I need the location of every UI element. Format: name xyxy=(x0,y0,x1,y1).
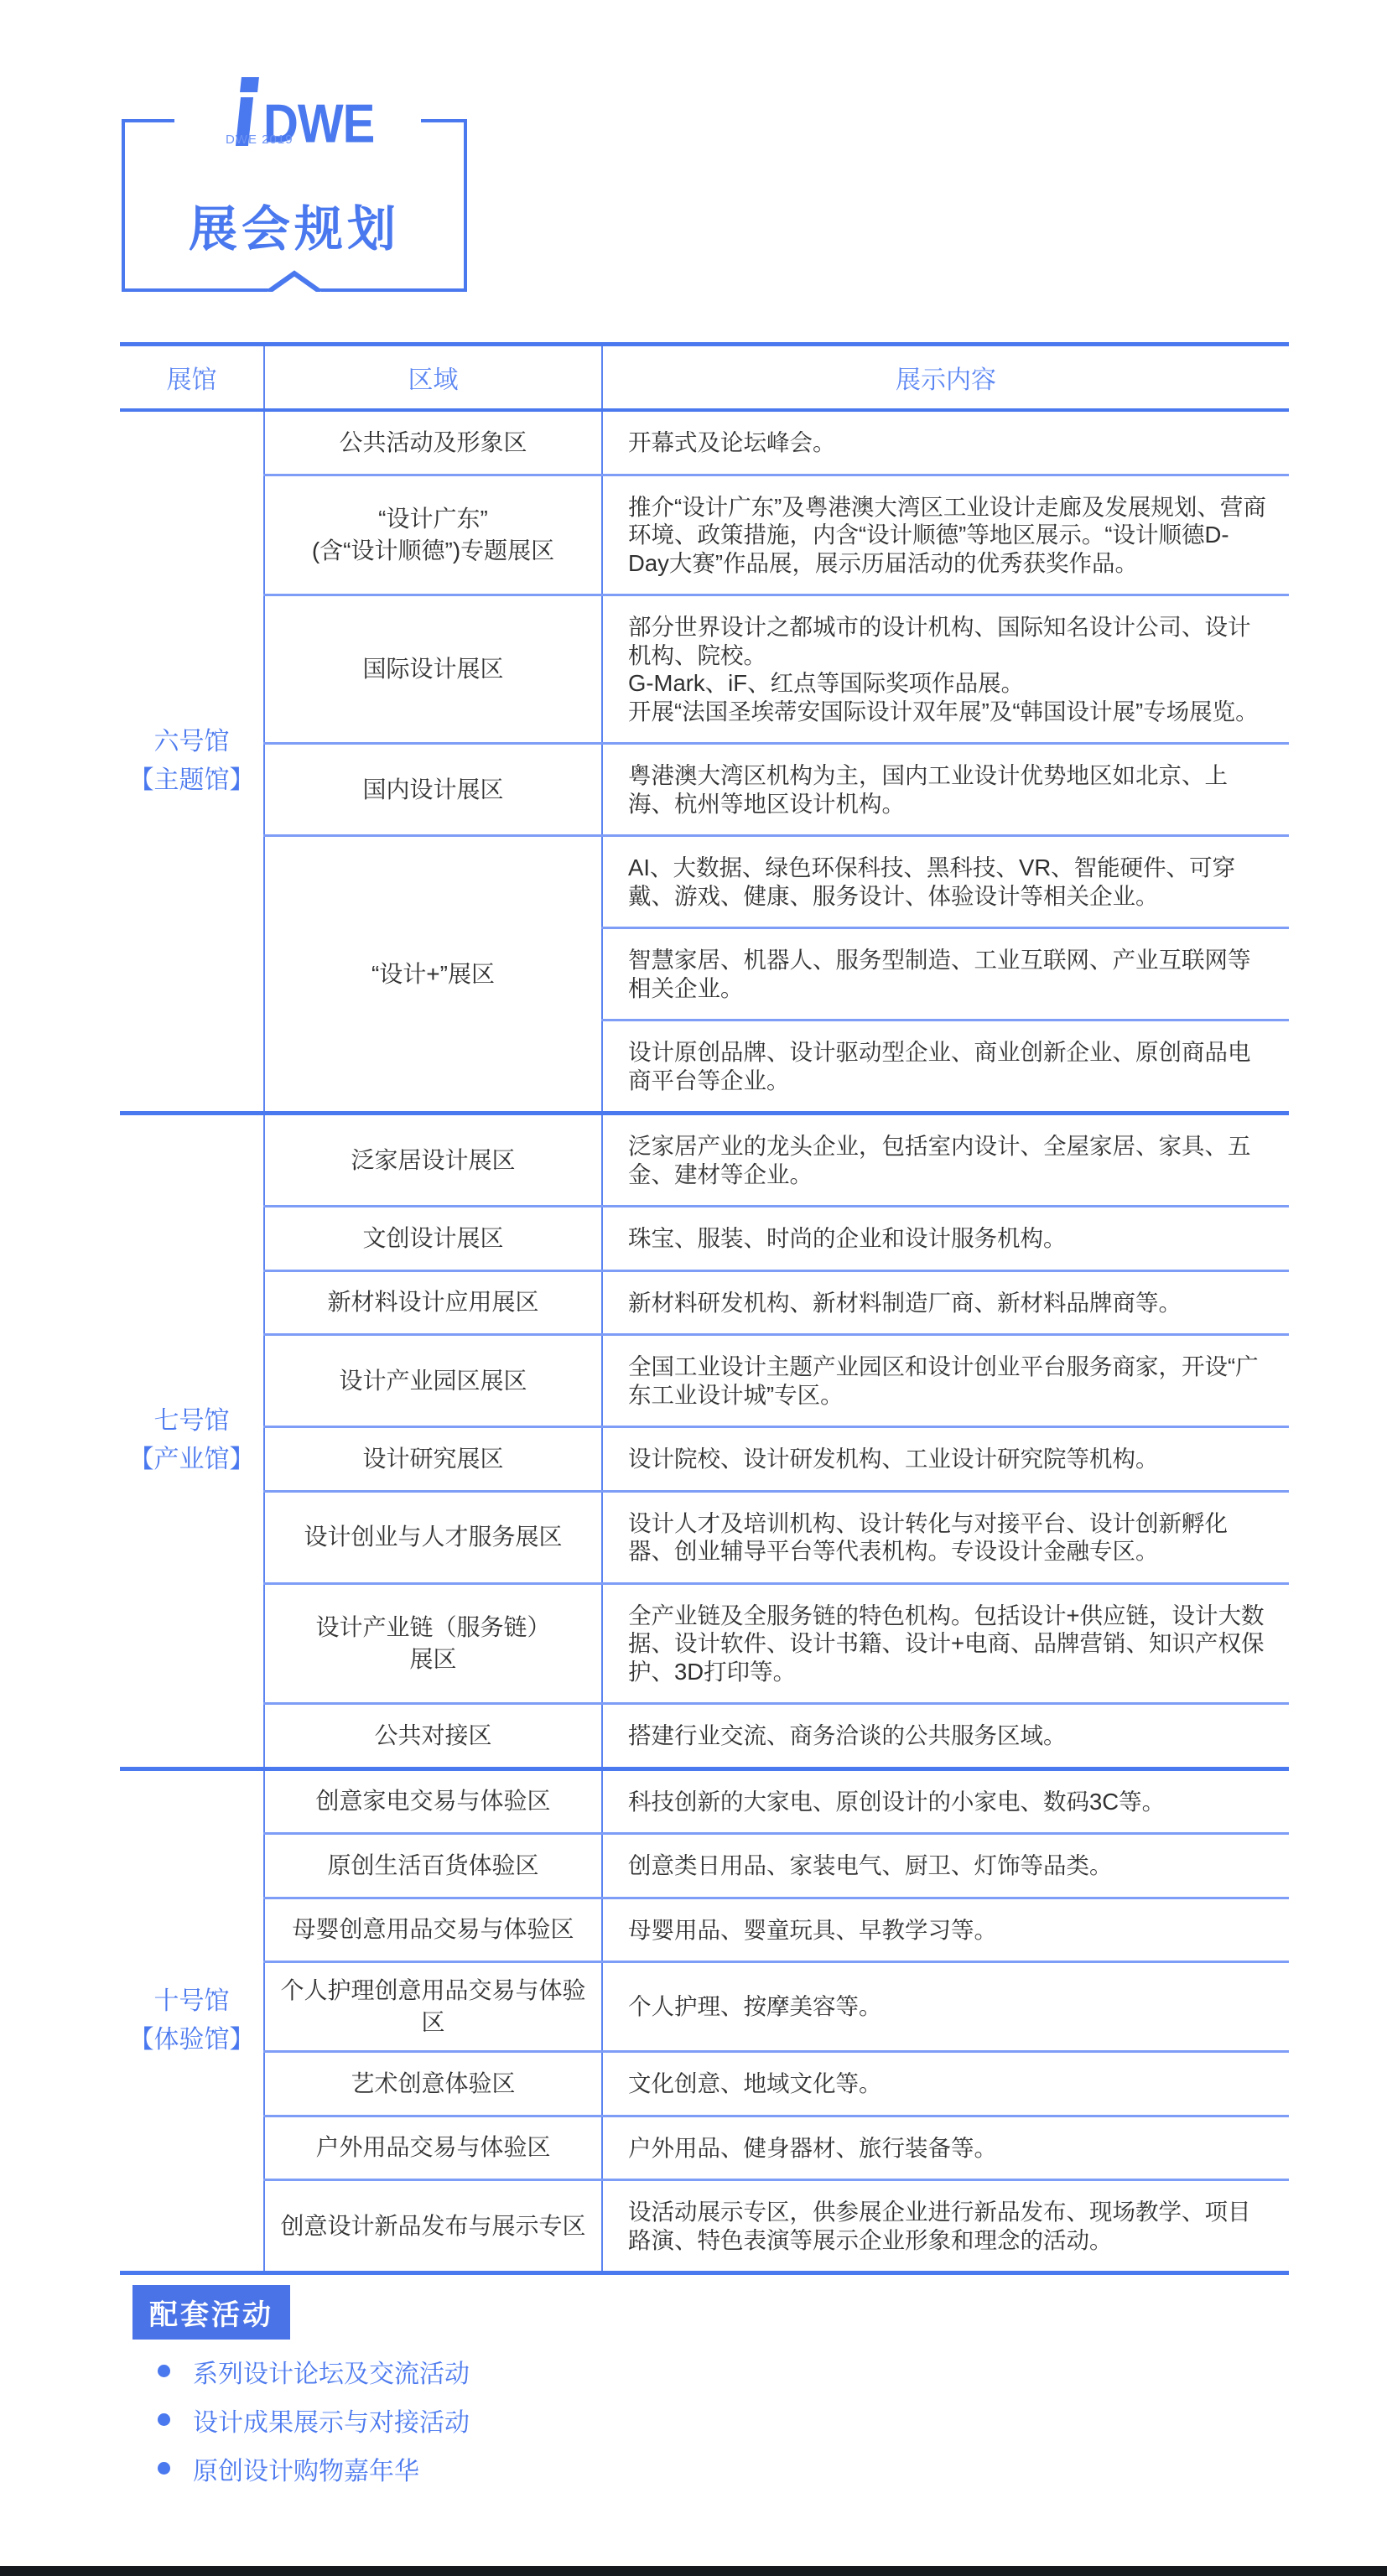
hall-name: 十号馆 xyxy=(121,1982,262,2021)
table-row: 新材料设计应用展区 新材料研发机构、新材料制造厂商、新材料品牌商等。 xyxy=(120,1270,1289,1335)
table-row: 六号馆 【主题馆】 公共活动及形象区 开幕式及论坛峰会。 xyxy=(120,410,1289,475)
content-cell: 智慧家居、机器人、服务型制造、工业互联网、产业互联网等相关企业。 xyxy=(602,928,1289,1021)
box-notch-icon xyxy=(268,270,321,292)
table-row: 设计产业链（服务链） 展区 全产业链及全服务链的特色机构。包括设计+供应链，设计… xyxy=(120,1583,1289,1704)
area-cell: 新材料设计应用展区 xyxy=(264,1270,602,1335)
list-item: 原创设计购物嘉年华 xyxy=(158,2455,470,2481)
content-cell: 开幕式及论坛峰会。 xyxy=(602,410,1289,475)
hall-tag: 【主题馆】 xyxy=(121,761,262,800)
table-row: 公共对接区 搭建行业交流、商务洽谈的公共服务区域。 xyxy=(120,1704,1289,1769)
area-cell: 公共对接区 xyxy=(264,1704,602,1769)
supporting-activities-list: 系列设计论坛及交流活动 设计成果展示与对接活动 原创设计购物嘉年华 xyxy=(158,2358,470,2504)
table-row: 文创设计展区 珠宝、服装、时尚的企业和设计服务机构。 xyxy=(120,1207,1289,1271)
list-item: 设计成果展示与对接活动 xyxy=(158,2407,470,2433)
table-row: 设计研究展区 设计院校、设计研发机构、工业设计研究院等机构。 xyxy=(120,1427,1289,1492)
hall-name: 六号馆 xyxy=(121,723,262,761)
content-cell: 全国工业设计主题产业园区和设计创业平台服务商家，开设“广东工业设计城”专区。 xyxy=(602,1335,1289,1427)
column-header-content: 展示内容 xyxy=(602,345,1289,411)
content-cell: AI、大数据、绿色环保科技、黑科技、VR、智能硬件、可穿戴、游戏、健康、服务设计… xyxy=(602,836,1289,928)
table-row: 设计创业与人才服务展区 设计人才及培训机构、设计转化与对接平台、设计创新孵化器、… xyxy=(120,1491,1289,1583)
content-cell: 设计原创品牌、设计驱动型企业、商业创新企业、原创商品电商平台等企业。 xyxy=(602,1021,1289,1114)
hall-name: 七号馆 xyxy=(121,1402,262,1441)
area-cell: “设计+”展区 xyxy=(264,836,602,1114)
column-header-hall: 展馆 xyxy=(120,345,264,411)
area-cell: 国内设计展区 xyxy=(264,744,602,836)
content-cell: 创意类日用品、家装电气、厨卫、灯饰等品类。 xyxy=(602,1834,1289,1898)
table-row: 七号馆 【产业馆】 泛家居设计展区 泛家居产业的龙头企业，包括室内设计、全屋家居… xyxy=(120,1114,1289,1207)
content-cell: 粤港澳大湾区机构为主，国内工业设计优势地区如北京、上海、杭州等地区设计机构。 xyxy=(602,744,1289,836)
area-cell: 原创生活百货体验区 xyxy=(264,1834,602,1898)
content-cell: 珠宝、服装、时尚的企业和设计服务机构。 xyxy=(602,1207,1289,1271)
area-cell: 艺术创意体验区 xyxy=(264,2052,602,2116)
area-cell: 母婴创意用品交易与体验区 xyxy=(264,1898,602,1962)
table-row: 户外用品交易与体验区 户外用品、健身器材、旅行装备等。 xyxy=(120,2116,1289,2180)
area-cell: 设计产业链（服务链） 展区 xyxy=(264,1583,602,1704)
table-header-row: 展馆 区域 展示内容 xyxy=(120,345,1289,411)
table-row: 母婴创意用品交易与体验区 母婴用品、婴童玩具、早教学习等。 xyxy=(120,1898,1289,1962)
activity-label: 原创设计购物嘉年华 xyxy=(193,2450,419,2487)
area-cell: 户外用品交易与体验区 xyxy=(264,2116,602,2180)
content-cell: 个人护理、按摩美容等。 xyxy=(602,1962,1289,2052)
table-row: 设计产业园区展区 全国工业设计主题产业园区和设计创业平台服务商家，开设“广东工业… xyxy=(120,1335,1289,1427)
activity-label: 系列设计论坛及交流活动 xyxy=(193,2353,470,2390)
list-item: 系列设计论坛及交流活动 xyxy=(158,2358,470,2384)
table-row: 国内设计展区 粤港澳大湾区机构为主，国内工业设计优势地区如北京、上海、杭州等地区… xyxy=(120,744,1289,836)
logo-subtext: DWE 2019 xyxy=(226,132,294,147)
area-cell: 文创设计展区 xyxy=(264,1207,602,1271)
table-row: 个人护理创意用品交易与体验区 个人护理、按摩美容等。 xyxy=(120,1962,1289,2052)
content-cell: 设计院校、设计研发机构、工业设计研究院等机构。 xyxy=(602,1427,1289,1492)
column-header-area: 区域 xyxy=(264,345,602,411)
hall-tag: 【体验馆】 xyxy=(121,2021,262,2059)
hall-cell: 六号馆 【主题馆】 xyxy=(120,410,264,1114)
brand-logo-mark: DWE DWE 2019 xyxy=(213,70,397,156)
bullet-dot-icon xyxy=(158,2462,170,2475)
hall-cell: 七号馆 【产业馆】 xyxy=(120,1114,264,1769)
hall-tag: 【产业馆】 xyxy=(121,1441,262,1479)
footer-bar xyxy=(0,2566,1387,2576)
bullet-dot-icon xyxy=(158,2365,170,2377)
supporting-activities-badge: 配套活动 xyxy=(132,2285,290,2340)
area-cell: “设计广东” (含“设计顺德”)专题展区 xyxy=(264,475,602,595)
table-row: “设计+”展区 AI、大数据、绿色环保科技、黑科技、VR、智能硬件、可穿戴、游戏… xyxy=(120,836,1289,928)
content-cell: 科技创新的大家电、原创设计的小家电、数码3C等。 xyxy=(602,1768,1289,1834)
area-cell: 设计产业园区展区 xyxy=(264,1335,602,1427)
brand-logo: DWE DWE 2019 xyxy=(174,70,421,156)
area-cell: 设计创业与人才服务展区 xyxy=(264,1491,602,1583)
content-cell: 户外用品、健身器材、旅行装备等。 xyxy=(602,2116,1289,2180)
content-cell: 搭建行业交流、商务洽谈的公共服务区域。 xyxy=(602,1704,1289,1769)
table-row: 创意设计新品发布与展示专区 设活动展示专区，供参展企业进行新品发布、现场教学、项… xyxy=(120,2180,1289,2273)
area-cell: 创意设计新品发布与展示专区 xyxy=(264,2180,602,2273)
table-row: 十号馆 【体验馆】 创意家电交易与体验区 科技创新的大家电、原创设计的小家电、数… xyxy=(120,1768,1289,1834)
content-cell: 设活动展示专区，供参展企业进行新品发布、现场教学、项目路演、特色表演等展示企业形… xyxy=(602,2180,1289,2273)
area-cell: 个人护理创意用品交易与体验区 xyxy=(264,1962,602,2052)
page-title: 展会规划 xyxy=(125,190,464,260)
content-cell: 全产业链及全服务链的特色机构。包括设计+供应链，设计大数据、设计软件、设计书籍、… xyxy=(602,1583,1289,1704)
content-cell: 泛家居产业的龙头企业，包括室内设计、全屋家居、家具、五金、建材等企业。 xyxy=(602,1114,1289,1207)
table-row: 原创生活百货体验区 创意类日用品、家装电气、厨卫、灯饰等品类。 xyxy=(120,1834,1289,1898)
content-cell: 母婴用品、婴童玩具、早教学习等。 xyxy=(602,1898,1289,1962)
content-cell: 新材料研发机构、新材料制造厂商、新材料品牌商等。 xyxy=(602,1270,1289,1335)
content-cell: 文化创意、地域文化等。 xyxy=(602,2052,1289,2116)
logo-dot-icon xyxy=(240,77,259,92)
table-row: “设计广东” (含“设计顺德”)专题展区 推介“设计广东”及粤港澳大湾区工业设计… xyxy=(120,475,1289,595)
exhibition-table: 展馆 区域 展示内容 六号馆 【主题馆】 公共活动及形象区 开幕式及论坛峰会。 … xyxy=(120,342,1289,2275)
area-cell: 设计研究展区 xyxy=(264,1427,602,1492)
content-cell: 部分世界设计之都城市的设计机构、国际知名设计公司、设计机构、院校。 G-Mark… xyxy=(602,595,1289,744)
area-cell: 泛家居设计展区 xyxy=(264,1114,602,1207)
area-cell: 公共活动及形象区 xyxy=(264,410,602,475)
activity-label: 设计成果展示与对接活动 xyxy=(193,2402,470,2438)
content-cell: 推介“设计广东”及粤港澳大湾区工业设计走廊及发展规划、营商环境、政策措施，内含“… xyxy=(602,475,1289,595)
exhibition-plan-page: 展会规划 DWE DWE 2019 展馆 区域 展示内容 六号馆 xyxy=(0,0,1387,2576)
table-row: 国际设计展区 部分世界设计之都城市的设计机构、国际知名设计公司、设计机构、院校。… xyxy=(120,595,1289,744)
content-cell: 设计人才及培训机构、设计转化与对接平台、设计创新孵化器、创业辅导平台等代表机构。… xyxy=(602,1491,1289,1583)
hall-cell: 十号馆 【体验馆】 xyxy=(120,1768,264,2273)
area-cell: 国际设计展区 xyxy=(264,595,602,744)
table-row: 艺术创意体验区 文化创意、地域文化等。 xyxy=(120,2052,1289,2116)
bullet-dot-icon xyxy=(158,2413,170,2426)
area-cell: 创意家电交易与体验区 xyxy=(264,1768,602,1834)
